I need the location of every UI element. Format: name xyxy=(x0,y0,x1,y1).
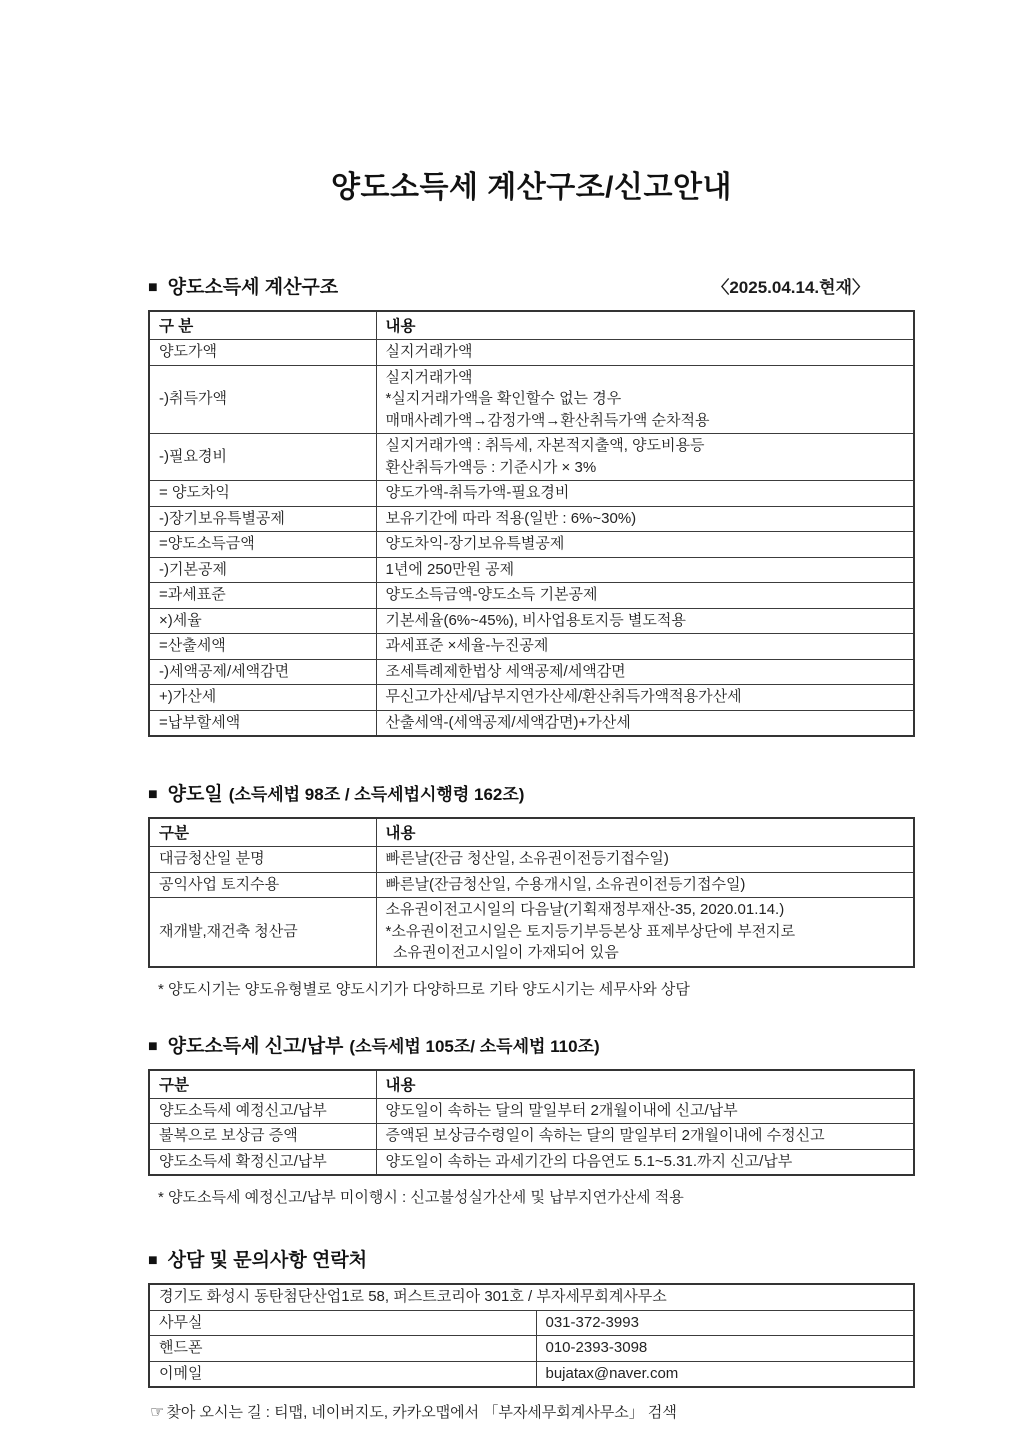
table-row: -)취득가액실지거래가액 *실지거래가액을 확인할수 없는 경우 매매사례가액→… xyxy=(149,365,914,434)
col-header-content: 내용 xyxy=(376,311,914,340)
col-header-content: 내용 xyxy=(376,818,914,847)
section-contact-title-text: 상담 및 문의사항 연락처 xyxy=(168,1245,367,1272)
row-label: 사무실 xyxy=(149,1310,536,1336)
table-row: =납부할세액산출세액-(세액공제/세액감면)+가산세 xyxy=(149,710,914,736)
row-label: 양도가액 xyxy=(149,340,376,366)
row-content: 소유권이전고시일의 다음날(기획재정부재산-35, 2020.01.14.) *… xyxy=(376,898,914,967)
row-content: 증액된 보상금수령일이 속하는 달의 말일부터 2개월이내에 수정신고 xyxy=(376,1124,914,1150)
row-label: 이메일 xyxy=(149,1361,536,1387)
row-content: 양도일이 속하는 달의 말일부터 2개월이내에 신고/납부 xyxy=(376,1098,914,1124)
row-content: 과세표준 ×세율-누진공제 xyxy=(376,634,914,660)
col-header-content: 내용 xyxy=(376,1070,914,1099)
row-label: = 양도차익 xyxy=(149,481,376,507)
filing-table: 구분 내용 양도소득세 예정신고/납부양도일이 속하는 달의 말일부터 2개월이… xyxy=(148,1069,915,1177)
row-content: 양도차익-장기보유특별공제 xyxy=(376,532,914,558)
row-label: -)기본공제 xyxy=(149,557,376,583)
table-row: 재개발,재건축 청산금소유권이전고시일의 다음날(기획재정부재산-35, 202… xyxy=(149,898,914,967)
row-content: 양도가액-취득가액-필요경비 xyxy=(376,481,914,507)
col-header-category: 구분 xyxy=(149,818,376,847)
table-row: 이메일bujatax@naver.com xyxy=(149,1361,914,1387)
table-row: -)기본공제1년에 250만원 공제 xyxy=(149,557,914,583)
table-row: 불복으로 보상금 증액증액된 보상금수령일이 속하는 달의 말일부터 2개월이내… xyxy=(149,1124,914,1150)
section-transfer-date-title-sub: (소득세법 98조 / 소득세법시행령 162조) xyxy=(229,780,525,805)
col-header-category: 구 분 xyxy=(149,311,376,340)
table-row: =과세표준양도소득금액-양도소득 기본공제 xyxy=(149,583,914,609)
table-cell-full: 경기도 화성시 동탄첨단산업1로 58, 퍼스트코리아 301호 / 부자세무회… xyxy=(149,1284,914,1310)
contact-table: 경기도 화성시 동탄첨단산업1로 58, 퍼스트코리아 301호 / 부자세무회… xyxy=(148,1283,915,1388)
table-row: -)장기보유특별공제보유기간에 따라 적용(일반 : 6%~30%) xyxy=(149,506,914,532)
row-label: 불복으로 보상금 증액 xyxy=(149,1124,376,1150)
section-filing-header: ■ 양도소득세 신고/납부 (소득세법 105조/ 소득세법 110조) xyxy=(148,1031,915,1058)
section-bullet-icon: ■ xyxy=(148,280,158,296)
table-header-row: 구분 내용 xyxy=(149,818,914,847)
filing-note: * 양도소득세 예정신고/납부 미이행시 : 신고불성실가산세 및 납부지연가산… xyxy=(158,1186,915,1207)
table-row: 공익사업 토지수용빠른날(잔금청산일, 수용개시일, 소유권이전등기접수일) xyxy=(149,872,914,898)
table-row: =양도소득금액양도차익-장기보유특별공제 xyxy=(149,532,914,558)
row-content: 빠른날(잔금 청산일, 소유권이전등기접수일) xyxy=(376,847,914,873)
row-label: 양도소득세 예정신고/납부 xyxy=(149,1098,376,1124)
row-content: 빠른날(잔금청산일, 수용개시일, 소유권이전등기접수일) xyxy=(376,872,914,898)
row-label: -)장기보유특별공제 xyxy=(149,506,376,532)
section-bullet-icon: ■ xyxy=(148,1253,158,1269)
section-filing-title-sub: (소득세법 105조/ 소득세법 110조) xyxy=(349,1032,599,1057)
table-row: ×)세율기본세율(6%~45%), 비사업용토지등 별도적용 xyxy=(149,608,914,634)
transfer-date-table: 구분 내용 대금청산일 분명빠른날(잔금 청산일, 소유권이전등기접수일)공익사… xyxy=(148,817,915,968)
table-row: 양도소득세 확정신고/납부양도일이 속하는 과세기간의 다음연도 5.1~5.3… xyxy=(149,1149,914,1175)
row-content: 보유기간에 따라 적용(일반 : 6%~30%) xyxy=(376,506,914,532)
directions-line: ☞ 찾아 오시는 길 : 티맵, 네이버지도, 카카오맵에서 「부자세무회계사무… xyxy=(150,1401,915,1422)
section-calc-title-text: 양도소득세 계산구조 xyxy=(168,272,338,299)
row-label: -)취득가액 xyxy=(149,365,376,434)
section-filing-title-text: 양도소득세 신고/납부 xyxy=(168,1031,344,1058)
row-label: 공익사업 토지수용 xyxy=(149,872,376,898)
row-label: -)필요경비 xyxy=(149,434,376,481)
table-row: -)필요경비실지거래가액 : 취득세, 자본적지출액, 양도비용등 환산취득가액… xyxy=(149,434,914,481)
row-content: 기본세율(6%~45%), 비사업용토지등 별도적용 xyxy=(376,608,914,634)
row-content: 031-372-3993 xyxy=(536,1310,914,1336)
row-label: =납부할세액 xyxy=(149,710,376,736)
section-calc-header: ■ 양도소득세 계산구조 〈2025.04.14.현재〉 xyxy=(148,272,915,299)
table-row: 경기도 화성시 동탄첨단산업1로 58, 퍼스트코리아 301호 / 부자세무회… xyxy=(149,1284,914,1310)
row-label: =산출세액 xyxy=(149,634,376,660)
document-page: 양도소득세 계산구조/신고안내 ■ 양도소득세 계산구조 〈2025.04.14… xyxy=(0,0,1024,1448)
row-label: 양도소득세 확정신고/납부 xyxy=(149,1149,376,1175)
row-label: -)세액공제/세액감면 xyxy=(149,659,376,685)
table-header-row: 구 분 내용 xyxy=(149,311,914,340)
section-contact-title: ■ 상담 및 문의사항 연락처 xyxy=(148,1245,367,1272)
table-row: 대금청산일 분명빠른날(잔금 청산일, 소유권이전등기접수일) xyxy=(149,847,914,873)
row-label: 대금청산일 분명 xyxy=(149,847,376,873)
row-content: 양도소득금액-양도소득 기본공제 xyxy=(376,583,914,609)
row-content: 실지거래가액 *실지거래가액을 확인할수 없는 경우 매매사례가액→감정가액→환… xyxy=(376,365,914,434)
pointing-finger-icon: ☞ xyxy=(150,1402,164,1422)
table-row: 사무실031-372-3993 xyxy=(149,1310,914,1336)
row-content: bujatax@naver.com xyxy=(536,1361,914,1387)
row-content: 010-2393-3098 xyxy=(536,1336,914,1362)
section-bullet-icon: ■ xyxy=(148,1039,158,1055)
table-row: =산출세액과세표준 ×세율-누진공제 xyxy=(149,634,914,660)
row-content: 실지거래가액 xyxy=(376,340,914,366)
table-row: -)세액공제/세액감면조세특례제한법상 세액공제/세액감면 xyxy=(149,659,914,685)
row-label: =과세표준 xyxy=(149,583,376,609)
section-transfer-date-title-text: 양도일 xyxy=(168,779,223,806)
section-transfer-date-title: ■ 양도일 (소득세법 98조 / 소득세법시행령 162조) xyxy=(148,779,524,806)
row-content: 조세특례제한법상 세액공제/세액감면 xyxy=(376,659,914,685)
page-title: 양도소득세 계산구조/신고안내 xyxy=(148,162,915,206)
table-header-row: 구분 내용 xyxy=(149,1070,914,1099)
row-content: 무신고가산세/납부지연가산세/환산취득가액적용가산세 xyxy=(376,685,914,711)
table-row: 양도소득세 예정신고/납부양도일이 속하는 달의 말일부터 2개월이내에 신고/… xyxy=(149,1098,914,1124)
row-content: 양도일이 속하는 과세기간의 다음연도 5.1~5.31.까지 신고/납부 xyxy=(376,1149,914,1175)
directions-text: 찾아 오시는 길 : 티맵, 네이버지도, 카카오맵에서 「부자세무회계사무소」… xyxy=(166,1401,677,1422)
row-label: 핸드폰 xyxy=(149,1336,536,1362)
section-calc-title: ■ 양도소득세 계산구조 xyxy=(148,272,338,299)
as-of-date: 〈2025.04.14.현재〉 xyxy=(712,273,915,298)
row-label: ×)세율 xyxy=(149,608,376,634)
row-label: =양도소득금액 xyxy=(149,532,376,558)
section-filing-title: ■ 양도소득세 신고/납부 (소득세법 105조/ 소득세법 110조) xyxy=(148,1031,600,1058)
row-label: +)가산세 xyxy=(149,685,376,711)
section-contact-header: ■ 상담 및 문의사항 연락처 xyxy=(148,1245,915,1272)
table-row: +)가산세무신고가산세/납부지연가산세/환산취득가액적용가산세 xyxy=(149,685,914,711)
calc-structure-table: 구 분 내용 양도가액실지거래가액-)취득가액실지거래가액 *실지거래가액을 확… xyxy=(148,310,915,737)
section-bullet-icon: ■ xyxy=(148,787,158,803)
table-row: 양도가액실지거래가액 xyxy=(149,340,914,366)
table-row: 핸드폰010-2393-3098 xyxy=(149,1336,914,1362)
table-row: = 양도차익양도가액-취득가액-필요경비 xyxy=(149,481,914,507)
row-content: 실지거래가액 : 취득세, 자본적지출액, 양도비용등 환산취득가액등 : 기준… xyxy=(376,434,914,481)
row-content: 산출세액-(세액공제/세액감면)+가산세 xyxy=(376,710,914,736)
section-transfer-date-header: ■ 양도일 (소득세법 98조 / 소득세법시행령 162조) xyxy=(148,779,915,806)
col-header-category: 구분 xyxy=(149,1070,376,1099)
transfer-date-note: * 양도시기는 양도유형별로 양도시기가 다양하므로 기타 양도시기는 세무사와… xyxy=(158,978,915,999)
row-content: 1년에 250만원 공제 xyxy=(376,557,914,583)
row-label: 재개발,재건축 청산금 xyxy=(149,898,376,967)
